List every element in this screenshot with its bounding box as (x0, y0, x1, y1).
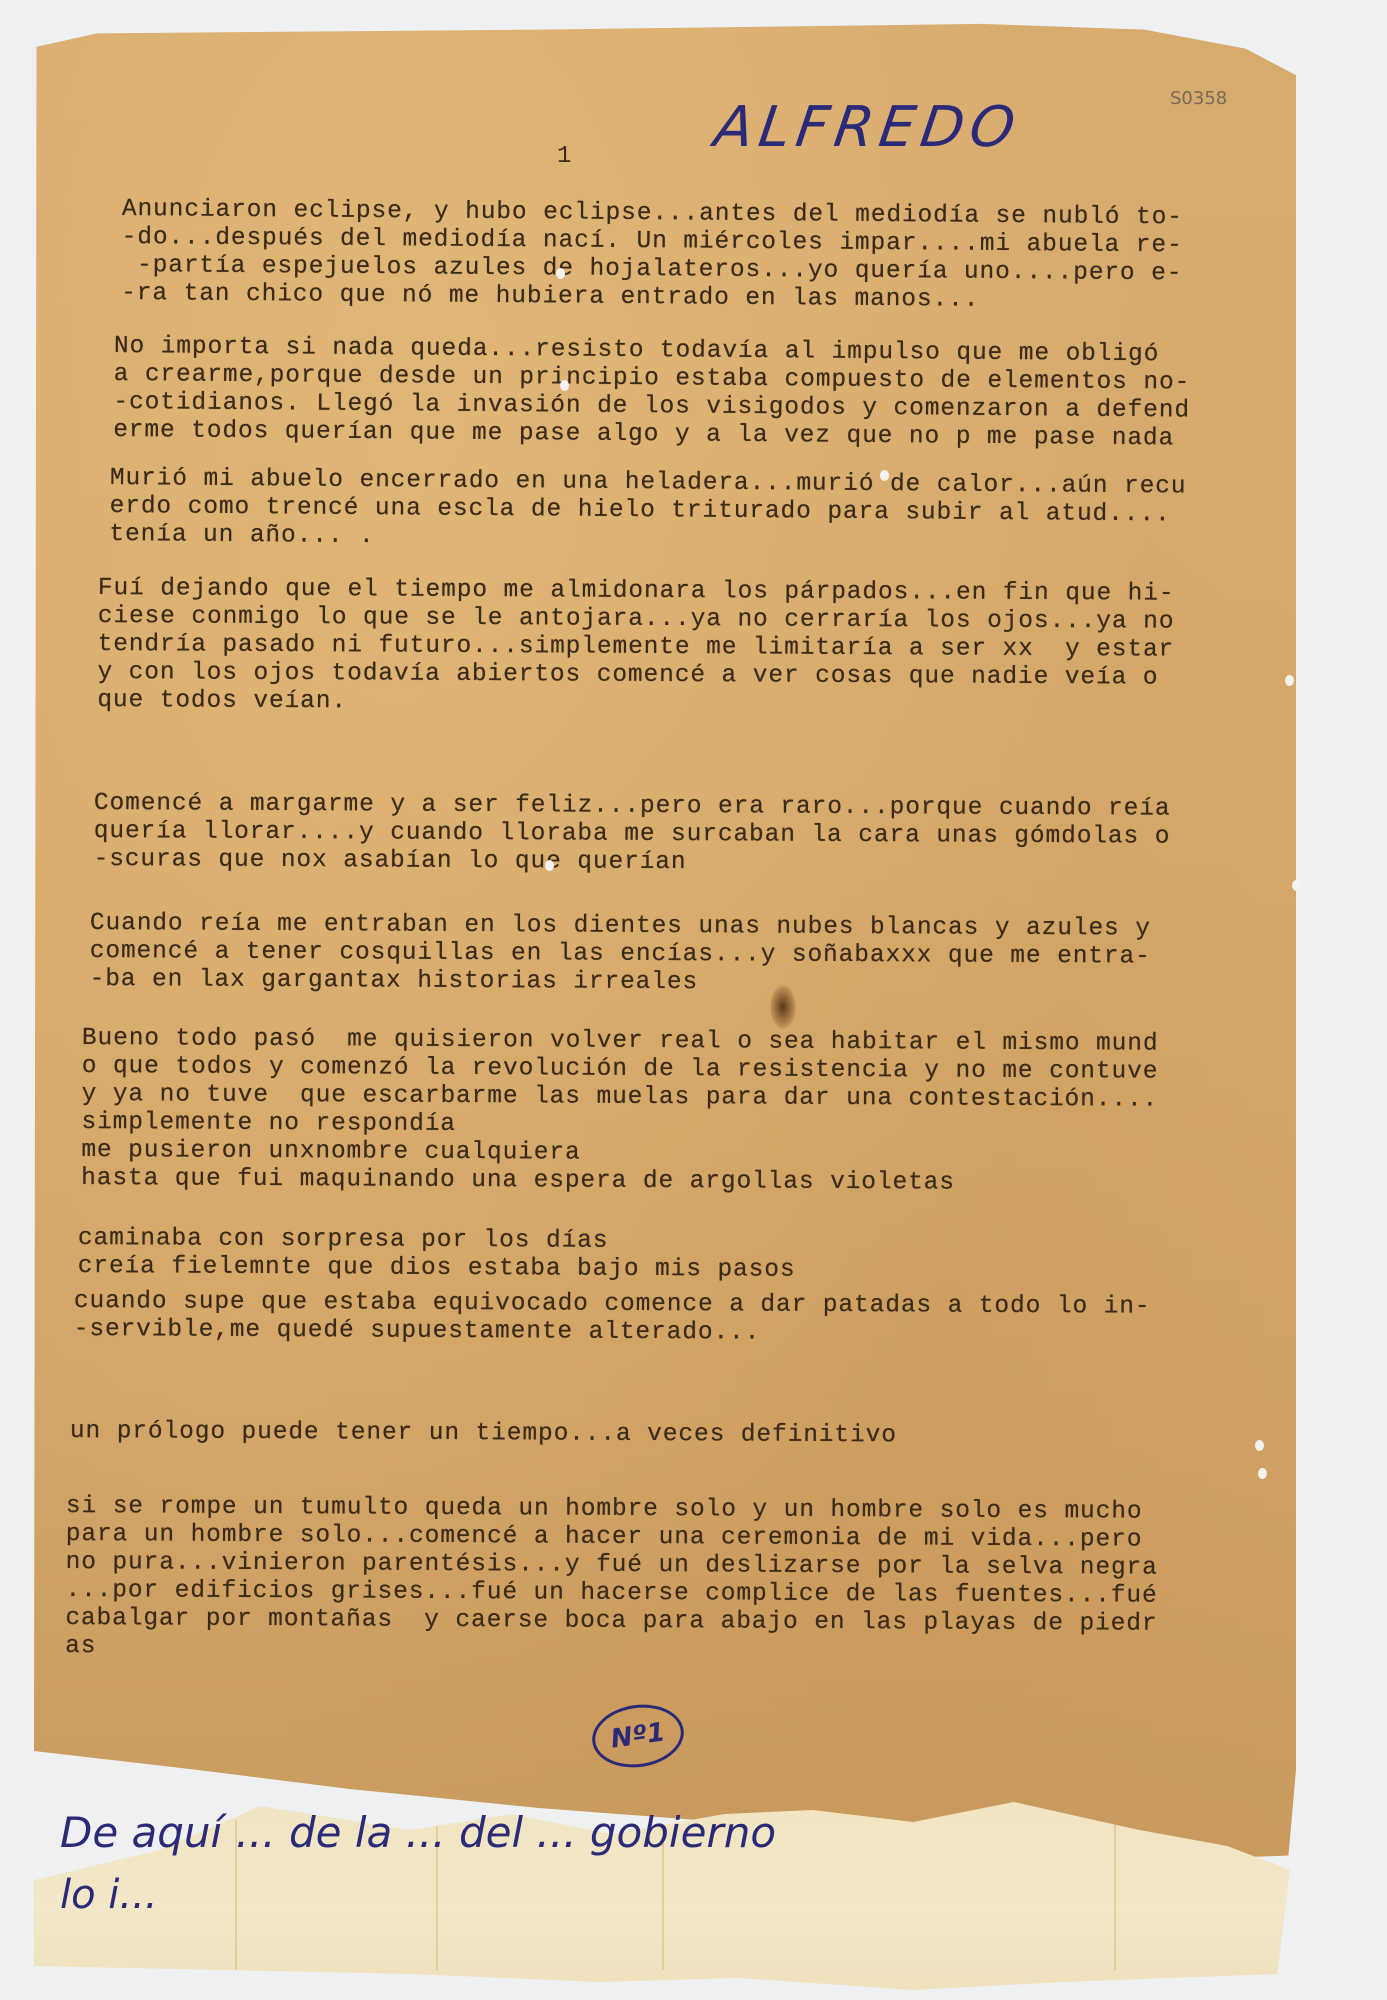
punch-hole (1258, 1468, 1267, 1479)
handwritten-note-line-2: lo i... (60, 1872, 158, 1918)
punch-hole (880, 470, 889, 481)
catalog-number: S0358 (1170, 88, 1227, 109)
punch-hole (560, 380, 569, 391)
page-number: 1 (557, 143, 571, 170)
handwritten-title: ALFREDO (710, 95, 1024, 160)
typed-line: as (65, 1633, 1157, 1667)
handwritten-note-line-1: De aquí ... de la ... del ... gobierno (60, 1808, 776, 1857)
paragraph: cuando supe que estaba equivocado comenc… (74, 1288, 1151, 1350)
typed-line: un prólogo puede tener un tiempo...a vec… (70, 1418, 897, 1450)
paragraph: Cuando reía me entraban en los dientes u… (90, 910, 1151, 1000)
typed-line: -scuras que nox asabían lo que querían (94, 846, 1171, 880)
punch-hole (545, 860, 554, 871)
ink-stain (770, 985, 796, 1029)
typed-line: que todos veían. (97, 687, 1174, 721)
punch-hole (556, 268, 565, 279)
paragraph: Anunciaron eclipse, y hubo eclipse...ant… (121, 196, 1183, 316)
typed-line: hasta que fui maquinando una espera de a… (81, 1165, 1158, 1199)
paragraph: Comencé a margarme y a ser feliz...pero … (94, 790, 1171, 880)
paragraph: un prólogo puede tener un tiempo...a vec… (70, 1418, 897, 1450)
paragraph: Bueno todo pasó me quisieron volver real… (81, 1025, 1158, 1199)
punch-hole (1292, 880, 1301, 891)
paragraph: caminaba con sorpresa por los díascreía … (78, 1225, 796, 1285)
paragraph: No importa si nada queda...resisto todav… (113, 333, 1190, 453)
typed-line: -servible,me quedé supuestamente alterad… (74, 1316, 1151, 1350)
paragraph: si se rompe un tumulto queda un hombre s… (65, 1493, 1158, 1667)
typed-line: -ba en lax gargantax historias irreales (90, 966, 1151, 1000)
typed-line: caminaba con sorpresa por los días (78, 1225, 796, 1257)
typed-line: cabalgar por montañas y caerse boca para… (65, 1605, 1157, 1639)
punch-hole (1285, 675, 1294, 686)
paragraph: Murió mi abuelo encerrado en una helader… (109, 465, 1186, 557)
tissue-seam (1114, 1820, 1116, 1970)
punch-hole (1255, 1440, 1264, 1451)
typed-line: creía fielemnte que dios estaba bajo mis… (78, 1253, 796, 1285)
paragraph: Fuí dejando que el tiempo me almidonara … (97, 575, 1174, 721)
